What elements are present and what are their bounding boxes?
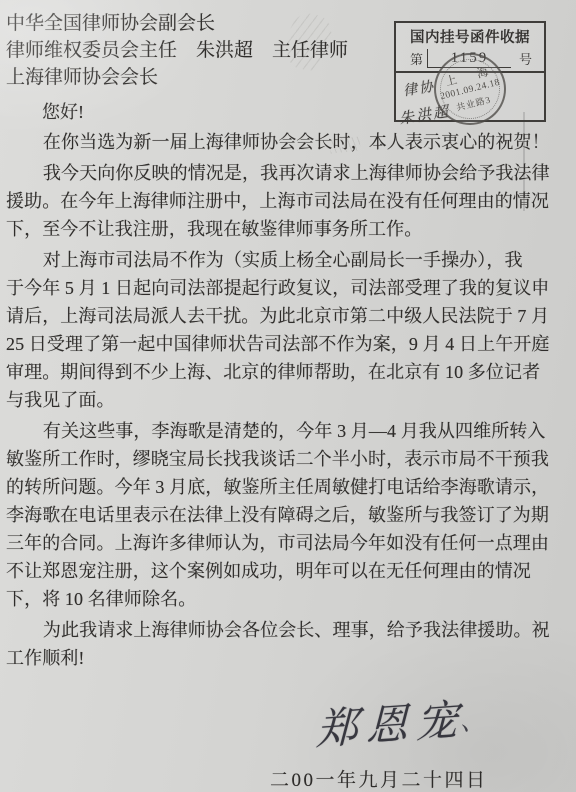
body-line: 李海歌在电话里表示在法律上没有障碍之后，敏鉴所与我签订了为期 bbox=[6, 501, 546, 529]
letter-page: 中华全国律师协会副会长 律师维权委员会主任 朱洪超 主任律师 上海律师协会会长 … bbox=[0, 0, 576, 792]
scan-crease bbox=[523, 112, 525, 211]
body-line: 下，将 10 名律师除名。 bbox=[6, 585, 546, 613]
stamp-lower-section: 律协 朱洪超 上 海 2001.09.24.18 共业路3 bbox=[396, 73, 544, 121]
body-line: 为此我请求上海律师协会各位会长、理事，给予我法律援助。祝 bbox=[6, 616, 546, 644]
body-line: 敏鉴所工作时，缪晓宝局长找我谈话二个半小时，表示市局不干预我 bbox=[6, 445, 546, 473]
body-line: 不让郑恩宠注册，这个案例如成功，明年可以在无任何理由的情况 bbox=[6, 557, 546, 585]
body-line: 援助。在今年上海律师注册中，上海市司法局在没有任何理由的情况 bbox=[6, 187, 546, 215]
signature-stray-mark: 、 bbox=[459, 700, 491, 741]
date-line: 二00一年九月二十四日 bbox=[270, 765, 488, 792]
registered-mail-receipt-stamp: 国内挂号函件收据 第 1159 号 律协 朱洪超 上 海 2001.09.24.… bbox=[394, 21, 546, 122]
stamp-number-suffix: 号 bbox=[519, 49, 532, 68]
signature: 郑恩宠 bbox=[316, 687, 467, 758]
stamp-title: 国内挂号函件收据 bbox=[396, 26, 544, 47]
paragraph: 在你当选为新一届上海律师协会会长时，本人表示衷心的祝贺！ bbox=[6, 128, 546, 156]
body-line: 三年的合同。上海许多律师认为，市司法局今年如没有任何一点理由 bbox=[6, 529, 546, 557]
body-line: 与我见了面。 bbox=[6, 386, 546, 414]
body-line: 工作顺利! bbox=[6, 644, 546, 672]
body-line: 我今天向你反映的情况是，我再次请求上海律师协会给予我法律 bbox=[6, 159, 546, 187]
stamp-number-prefix: 第 bbox=[410, 49, 423, 68]
paragraph: 对上海市司法局不作为（实质上杨全心副局长一手操办），我 于今年 5 月 1 日起… bbox=[6, 246, 546, 414]
body-line: 的转所问题。今年 3 月底，敏鉴所主任周敏健打电话给李海歌请示， bbox=[6, 473, 546, 501]
paragraph: 为此我请求上海律师协会各位会长、理事，给予我法律援助。祝 工作顺利! bbox=[6, 616, 546, 672]
body-line: 对上海市司法局不作为（实质上杨全心副局长一手操办），我 bbox=[6, 246, 546, 274]
paragraph: 有关这些事，李海歌是清楚的，今年 3 月—4 月我从四维所转入 敏鉴所工作时，缪… bbox=[6, 417, 546, 613]
body-line: 请后，上海司法局派人去干扰。为此北京市第二中级人民法院于 7 月 bbox=[6, 302, 546, 330]
body-line: 于今年 5 月 1 日起向司法部提起行政复议，司法部受理了我的复议申 bbox=[6, 274, 546, 302]
body-line: 在你当选为新一届上海律师协会会长时，本人表示衷心的祝贺！ bbox=[6, 128, 546, 156]
body-line: 下，至今不让我注册，我现在敏鉴律师事务所工作。 bbox=[6, 215, 546, 243]
body-line: 审理。期间得到不少上海、北京的律师帮助，在北京有 10 多位记者 bbox=[6, 358, 546, 386]
handwritten-addressee-org: 律协 bbox=[402, 76, 437, 101]
body-line: 25 日受理了第一起中国律师状告司法部不作为案，9 月 4 日上午开庭 bbox=[6, 330, 546, 358]
paragraph: 我今天向你反映的情况是，我再次请求上海律师协会给予我法律 援助。在今年上海律师注… bbox=[6, 159, 546, 243]
body-line: 有关这些事，李海歌是清楚的，今年 3 月—4 月我从四维所转入 bbox=[6, 417, 546, 445]
postmark: 上 海 2001.09.24.18 共业路3 bbox=[434, 53, 506, 125]
